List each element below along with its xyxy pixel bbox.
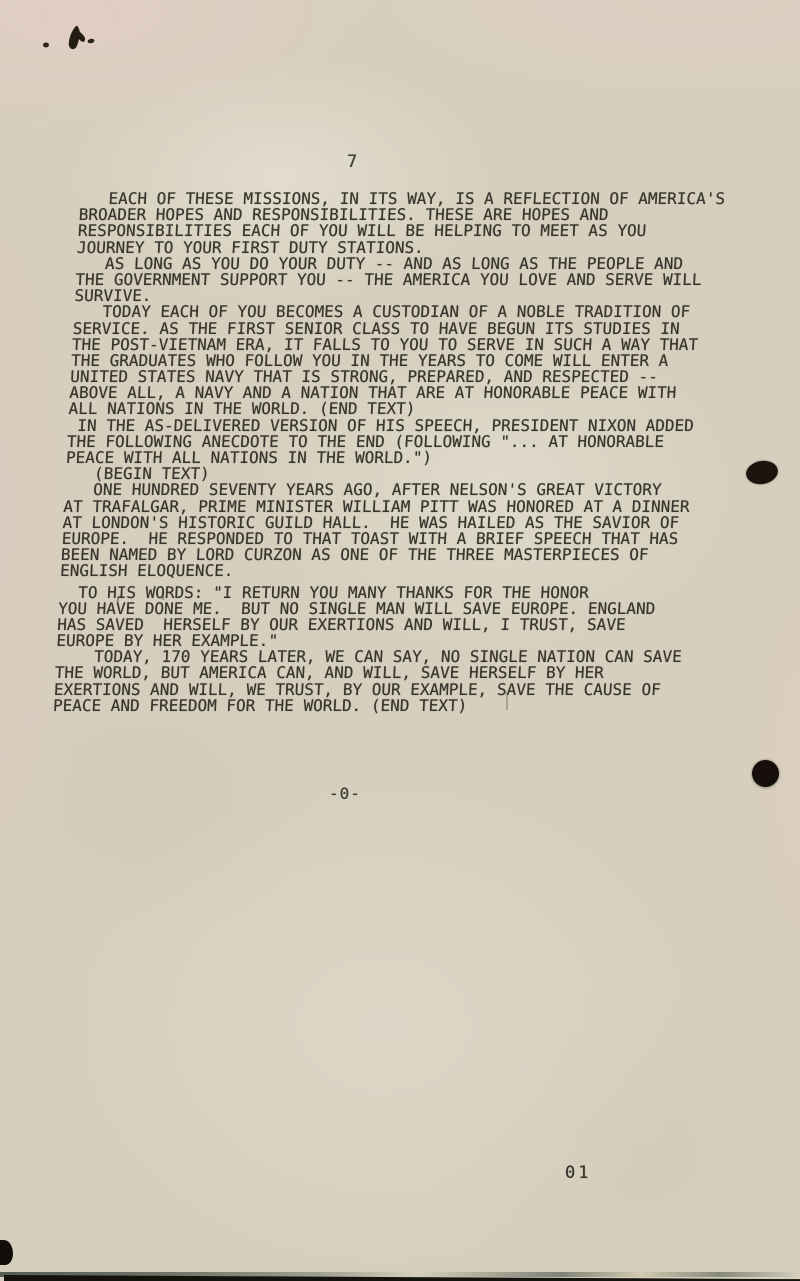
text-line: PEACE AND FREEDOM FOR THE WORLD. (END TE… [53,698,699,714]
scan-artifact-line [506,692,508,710]
hole-punch-mark [752,760,779,787]
footer-serial: 01 [565,1163,591,1183]
section-divider: -0- [329,784,361,803]
ink-smudge-marks [28,20,108,60]
page-number: 7 [347,152,357,172]
text-line: THE GOVERNMENT SUPPORT YOU -- THE AMERIC… [75,272,721,288]
scanned-page: 7 EACH OF THESE MISSIONS, IN ITS WAY, IS… [0,0,800,1281]
text-line: ENGLISH ELOQUENCE. [60,563,706,579]
ink-dot [43,43,49,48]
ink-dash [87,38,95,44]
ink-blob [69,26,85,49]
body-text: EACH OF THESE MISSIONS, IN ITS WAY, IS A… [53,191,726,714]
